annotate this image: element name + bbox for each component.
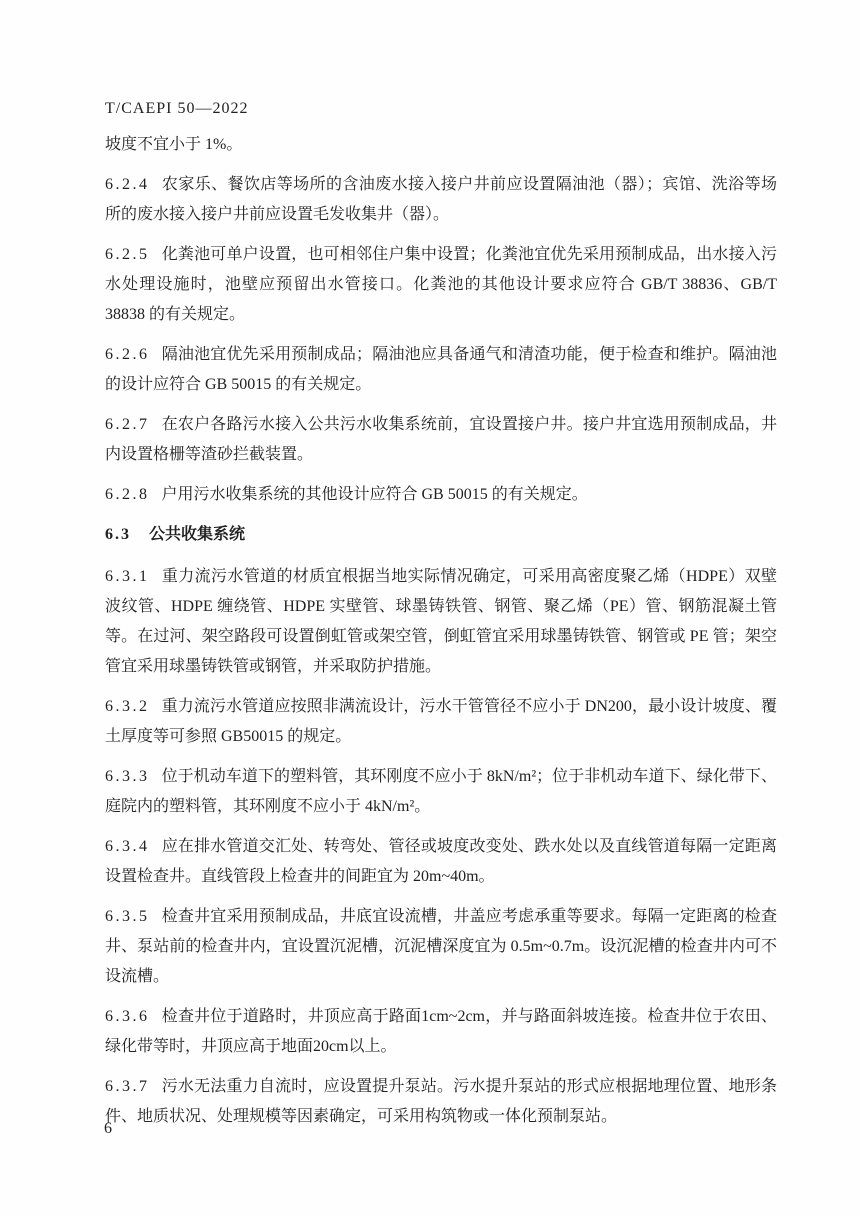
section-heading-6-3: 6.3公共收集系统 [105,520,777,550]
clause-text: 污水无法重力自流时，应设置提升泵站。污水提升泵站的形式应根据地理位置、地形条件、… [105,1078,777,1125]
clause-6-3-6: 6.3.6检查井位于道路时，井顶应高于路面1cm~2cm，并与路面斜坡连接。检查… [105,1002,777,1062]
clause-text: 重力流污水管道的材质宜根据当地实际情况确定，可采用高密度聚乙烯（HDPE）双壁波… [105,568,777,675]
clause-text: 户用污水收集系统的其他设计应符合 GB 50015 的有关规定。 [162,486,588,503]
clause-number: 6.3.5 [105,908,162,925]
clause-6-2-5: 6.2.5化粪池可单户设置，也可相邻住户集中设置；化粪池宜优先采用预制成品，出水… [105,240,777,330]
clause-text: 检查井位于道路时，井顶应高于路面1cm~2cm，并与路面斜坡连接。检查井位于农田… [105,1008,777,1055]
standard-code: T/CAEPI 50—2022 [105,100,248,117]
document-header: T/CAEPI 50—2022 [105,100,248,118]
clause-6-3-2: 6.3.2重力流污水管道应按照非满流设计，污水干管管径不应小于 DN200，最小… [105,692,777,752]
clause-6-3-1: 6.3.1重力流污水管道的材质宜根据当地实际情况确定，可采用高密度聚乙烯（HDP… [105,562,777,682]
clause-number: 6.3.3 [105,768,162,785]
clause-6-2-8: 6.2.8户用污水收集系统的其他设计应符合 GB 50015 的有关规定。 [105,480,777,510]
document-body: 坡度不宜小于 1%。 6.2.4农家乐、餐饮店等场所的含油废水接入接户井前应设置… [105,130,777,1142]
clause-number: 6.3.4 [105,838,162,855]
clause-number: 6.2.4 [105,176,162,193]
clause-number: 6.3.6 [105,1008,162,1025]
paragraph-text: 坡度不宜小于 1%。 [105,136,242,153]
clause-6-3-4: 6.3.4应在排水管道交汇处、转弯处、管径或坡度改变处、跌水处以及直线管道每隔一… [105,832,777,892]
clause-number: 6.2.8 [105,486,162,503]
clause-text: 应在排水管道交汇处、转弯处、管径或坡度改变处、跌水处以及直线管道每隔一定距离设置… [105,838,777,885]
clause-text: 位于机动车道下的塑料管，其环刚度不应小于 8kN/m²；位于非机动车道下、绿化带… [105,768,777,815]
clause-text: 重力流污水管道应按照非满流设计，污水干管管径不应小于 DN200，最小设计坡度、… [105,698,777,745]
clause-text: 化粪池可单户设置，也可相邻住户集中设置；化粪池宜优先采用预制成品，出水接入污水处… [105,246,777,323]
section-title: 公共收集系统 [149,526,245,543]
clause-text: 检查井宜采用预制成品，井底宜设流槽，井盖应考虑承重等要求。每隔一定距离的检查井、… [105,908,777,985]
clause-6-3-7: 6.3.7污水无法重力自流时，应设置提升泵站。污水提升泵站的形式应根据地理位置、… [105,1072,777,1132]
clause-text: 在农户各路污水接入公共污水收集系统前，宜设置接户井。接户井宜选用预制成品，井内设… [105,416,777,463]
clause-6-2-4: 6.2.4农家乐、餐饮店等场所的含油废水接入接户井前应设置隔油池（器）；宾馆、洗… [105,170,777,230]
clause-number: 6.2.5 [105,246,162,263]
page-number: 6 [104,1120,112,1138]
clause-text: 农家乐、餐饮店等场所的含油废水接入接户井前应设置隔油池（器）；宾馆、洗浴等场所的… [105,176,777,223]
clause-number: 6.3.7 [105,1078,162,1095]
clause-number: 6.3.2 [105,698,162,715]
section-number: 6.3 [105,526,149,543]
clause-number: 6.2.7 [105,416,162,433]
clause-text: 隔油池宜优先采用预制成品；隔油池应具备通气和清渣功能，便于检查和维护。隔油池的设… [105,346,777,393]
document-page: T/CAEPI 50—2022 坡度不宜小于 1%。 6.2.4农家乐、餐饮店等… [0,0,860,1216]
clause-number: 6.3.1 [105,568,162,585]
clause-number: 6.2.6 [105,346,162,363]
clause-6-2-6: 6.2.6隔油池宜优先采用预制成品；隔油池应具备通气和清渣功能，便于检查和维护。… [105,340,777,400]
clause-6-2-7: 6.2.7在农户各路污水接入公共污水收集系统前，宜设置接户井。接户井宜选用预制成… [105,410,777,470]
clause-6-3-3: 6.3.3位于机动车道下的塑料管，其环刚度不应小于 8kN/m²；位于非机动车道… [105,762,777,822]
clause-6-3-5: 6.3.5检查井宜采用预制成品，井底宜设流槽，井盖应考虑承重等要求。每隔一定距离… [105,902,777,992]
paragraph-continuation: 坡度不宜小于 1%。 [105,130,777,160]
